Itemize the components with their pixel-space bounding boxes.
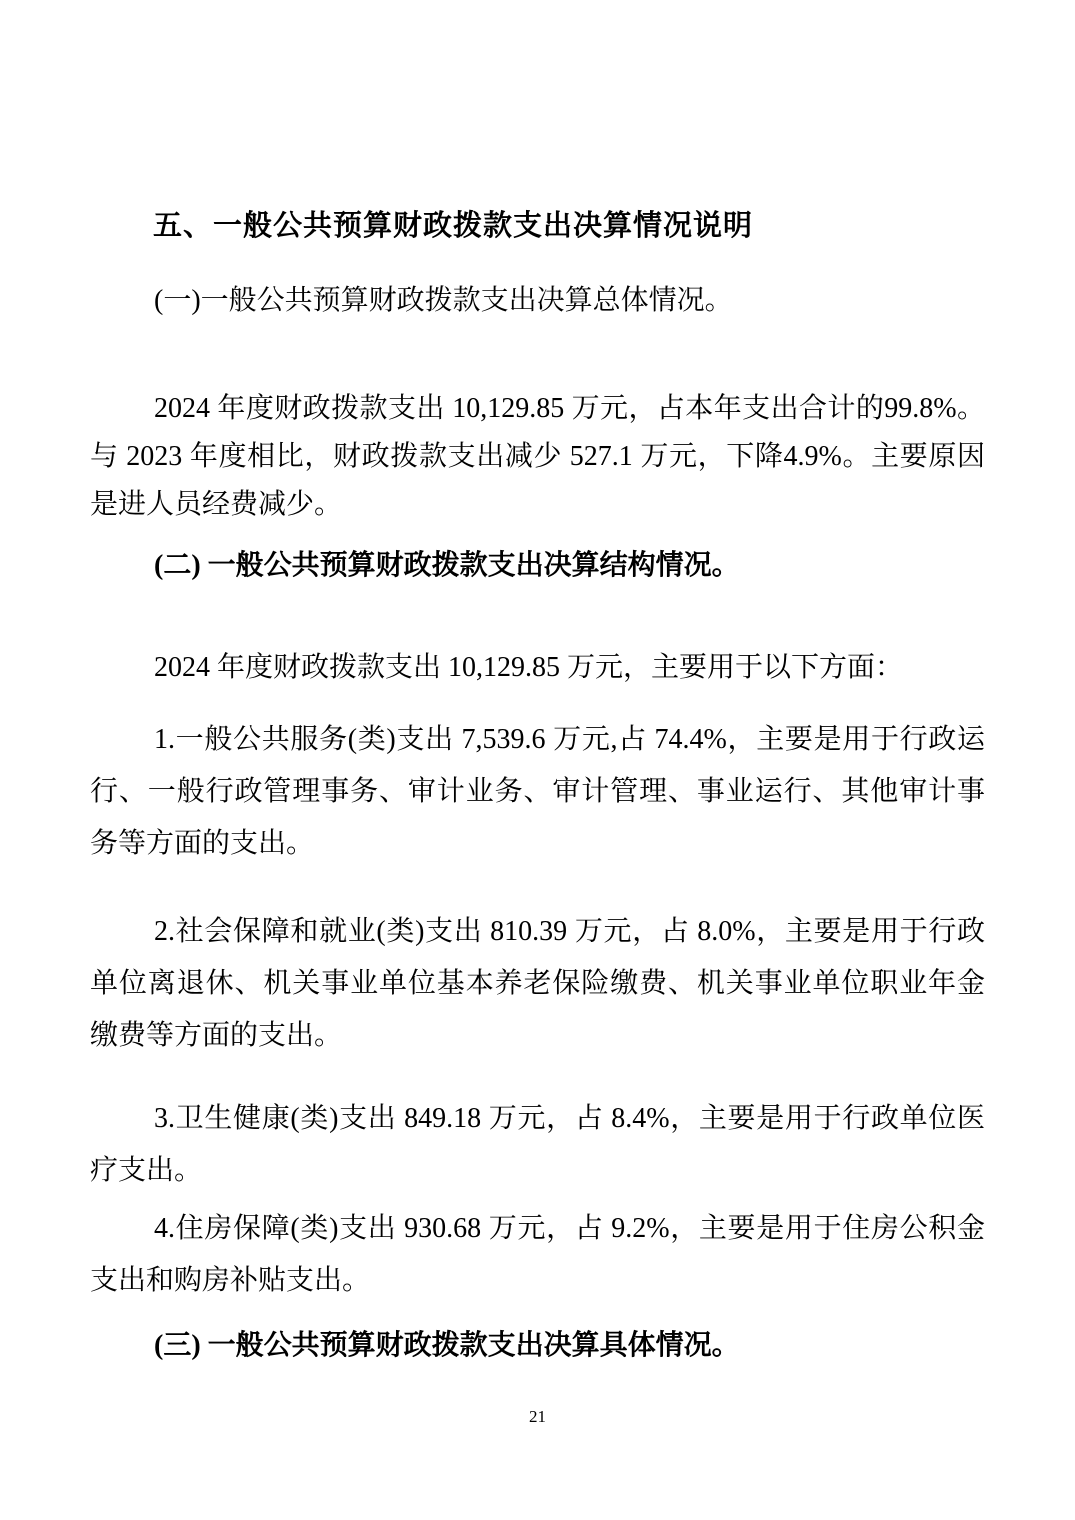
- subsection-2-heading: (二) 一般公共预算财政拨款支出决算结构情况。: [90, 542, 985, 590]
- expenditure-item-housing-security: 4.住房保障(类)支出 930.68 万元，占 9.2%，主要是用于住房公积金支…: [90, 1203, 985, 1307]
- document-page: 五、一般公共预算财政拨款支出决算情况说明 (一)一般公共预算财政拨款支出决算总体…: [0, 0, 1075, 1520]
- section-heading: 五、一般公共预算财政拨款支出决算情况说明: [90, 205, 985, 247]
- expenditure-item-health: 3.卫生健康(类)支出 849.18 万元，占 8.4%，主要是用于行政单位医疗…: [90, 1093, 985, 1197]
- expenditure-item-social-security-employment: 2.社会保障和就业(类)支出 810.39 万元，占 8.0%，主要是用于行政单…: [90, 906, 985, 1062]
- paragraph-overall-situation: 2024 年度财政拨款支出 10,129.85 万元，占本年支出合计的99.8%…: [90, 385, 985, 529]
- subsection-3-heading: (三) 一般公共预算财政拨款支出决算具体情况。: [90, 1322, 985, 1370]
- page-number: 21: [0, 1407, 1075, 1427]
- expenditure-item-general-public-services: 1.一般公共服务(类)支出 7,539.6 万元,占 74.4%，主要是用于行政…: [90, 714, 985, 870]
- paragraph-structure-intro: 2024 年度财政拨款支出 10,129.85 万元，主要用于以下方面：: [90, 644, 985, 692]
- subsection-1-heading: (一)一般公共预算财政拨款支出决算总体情况。: [90, 277, 985, 325]
